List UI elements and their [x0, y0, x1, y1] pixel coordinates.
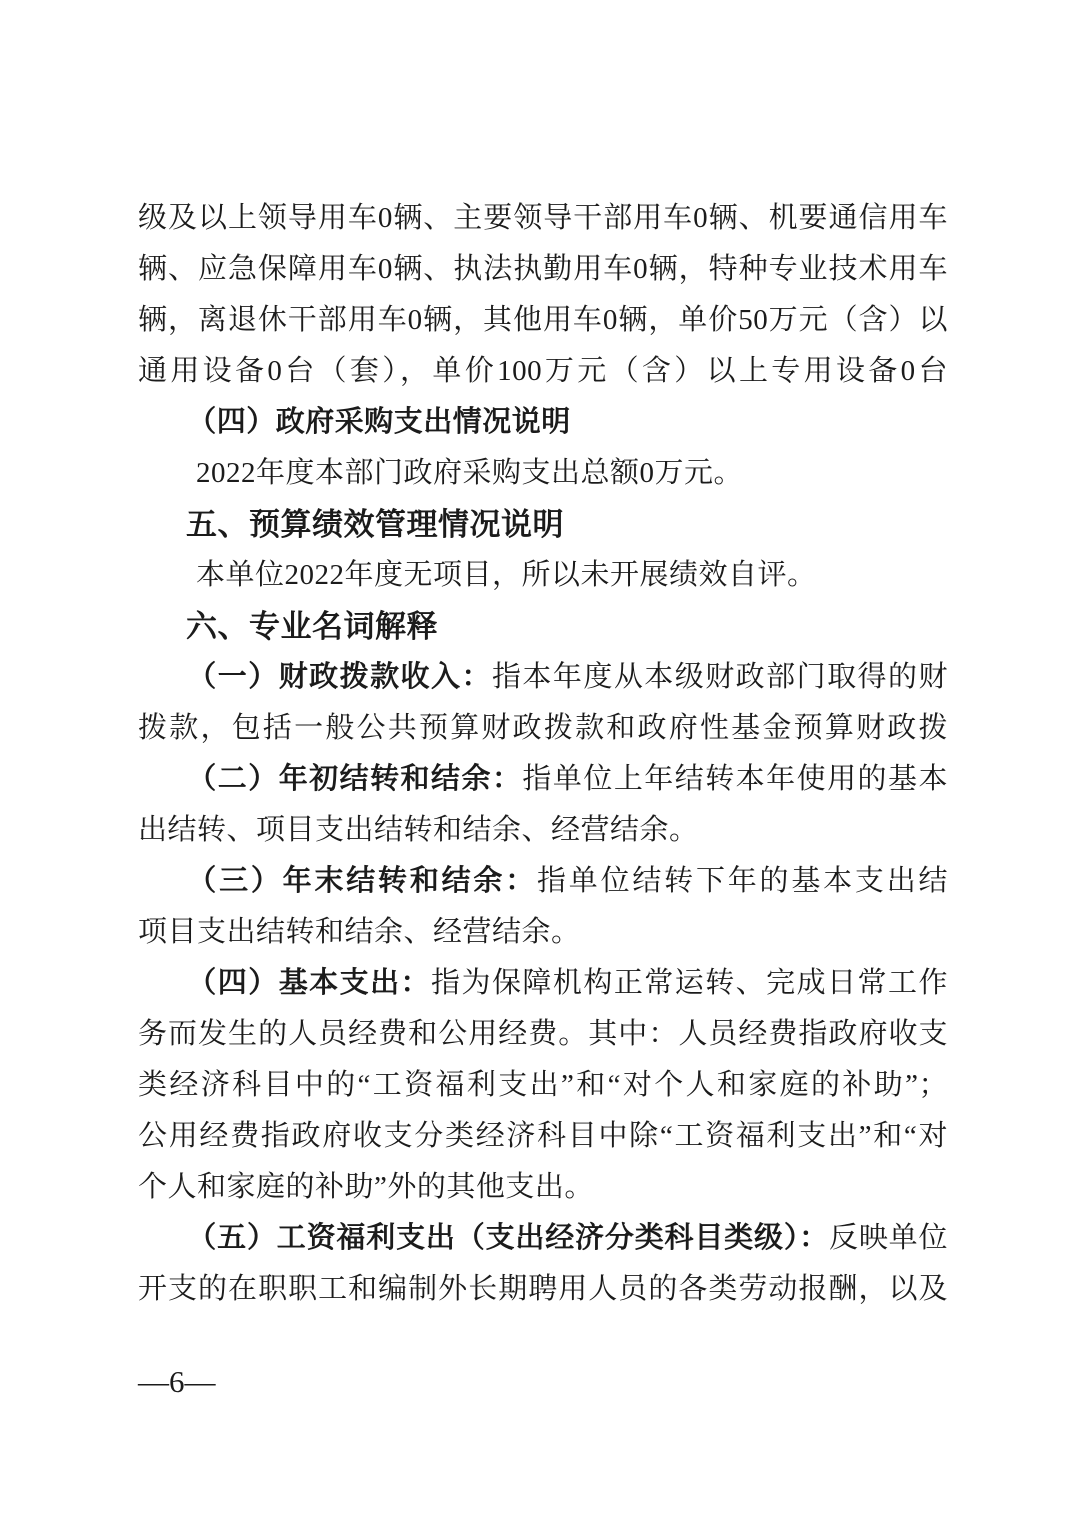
body-text-line: 出结转、项目支出结转和结余、经营结余。: [138, 805, 948, 856]
body-text-line: 务而发生的人员经费和公用经费。其中：人员经费指政府收支分: [138, 1009, 948, 1060]
definition-line: （四）基本支出：指为保障机构正常运转、完成日常工作任: [138, 958, 948, 1009]
definition-term: （三）年末结转和结余：: [187, 865, 537, 897]
body-text-line: 类经济科目中的“工资福利支出”和“对个人和家庭的补助”；: [138, 1060, 948, 1111]
definition-term: （五）工资福利支出（支出经济分类科目类级）：: [187, 1222, 829, 1254]
definition-term: （一）财政拨款收入：: [187, 661, 492, 693]
definition-line: （二）年初结转和结余：指单位上年结转本年使用的基本支: [138, 754, 948, 805]
body-text-line: 个人和家庭的补助”外的其他支出。: [138, 1162, 948, 1213]
document-body: 级及以上领导用车0辆、主要领导干部用车0辆、机要通信用车0 辆、应急保障用车0辆…: [138, 193, 948, 1315]
body-text-line: 2022年度本部门政府采购支出总额0万元。: [138, 448, 948, 499]
body-text-line: 公用经费指政府收支分类经济科目中除“工资福利支出”和“对: [138, 1111, 948, 1162]
body-text-line: 开支的在职职工和编制外长期聘用人员的各类劳动报酬，以及为: [138, 1264, 948, 1315]
body-text-line: 辆，离退休干部用车0辆，其他用车0辆，单价50万元（含）以上: [138, 295, 948, 346]
body-text-line: 级及以上领导用车0辆、主要领导干部用车0辆、机要通信用车0: [138, 193, 948, 244]
body-text-line: 拨款，包括一般公共预算财政拨款和政府性基金预算财政拨款。: [138, 703, 948, 754]
definition-term: （四）基本支出：: [187, 967, 431, 999]
subsection-heading-procurement: （四）政府采购支出情况说明: [138, 397, 948, 448]
body-text-line: 项目支出结转和结余、经营结余。: [138, 907, 948, 958]
definition-text: 反映单位: [829, 1222, 948, 1254]
body-text-line: 本单位2022年度无项目，所以未开展绩效自评。: [138, 550, 948, 601]
body-text-line: 通用设备0台（套），单价100万元（含）以上专用设备0台（套）。: [138, 346, 948, 397]
document-page: 级及以上领导用车0辆、主要领导干部用车0辆、机要通信用车0 辆、应急保障用车0辆…: [0, 0, 1074, 1520]
page-number: —6—: [138, 1362, 216, 1402]
definition-term: （二）年初结转和结余：: [187, 763, 522, 795]
section-heading-glossary: 六、专业名词解释: [138, 601, 948, 652]
body-text-line: 辆、应急保障用车0辆、执法执勤用车0辆，特种专业技术用车0: [138, 244, 948, 295]
definition-line: （一）财政拨款收入：指本年度从本级财政部门取得的财政: [138, 652, 948, 703]
section-heading-performance: 五、预算绩效管理情况说明: [138, 499, 948, 550]
definition-line: （五）工资福利支出（支出经济分类科目类级）：反映单位: [138, 1213, 948, 1264]
definition-line: （三）年末结转和结余：指单位结转下年的基本支出结转、: [138, 856, 948, 907]
